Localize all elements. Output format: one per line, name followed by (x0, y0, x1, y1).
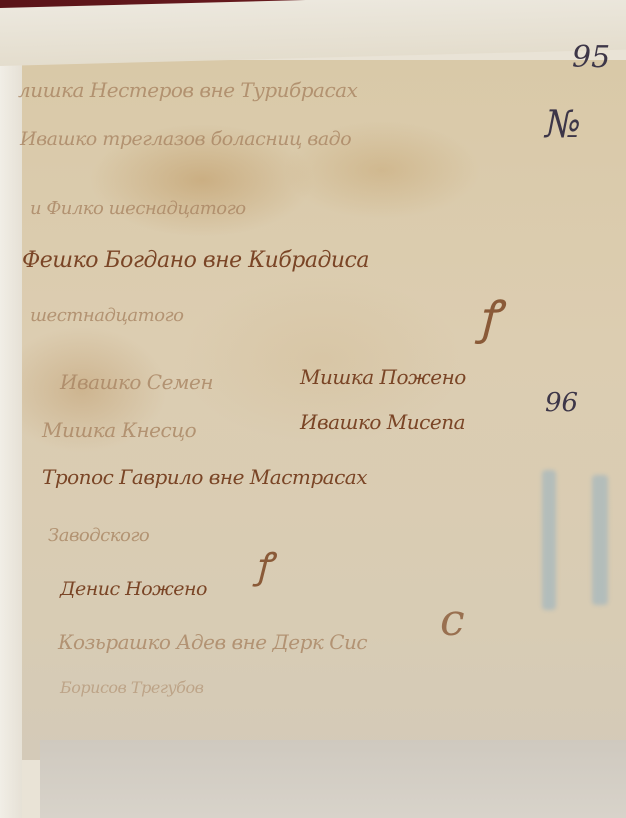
blue-stain-right (592, 475, 608, 605)
manuscript-line: Козьрашко Адев вне Дерк Сис (58, 630, 367, 654)
manuscript-line: Мишка Кнесцо (42, 418, 196, 442)
number-sign-mark: № (545, 102, 581, 146)
manuscript-line: Заводского (48, 525, 149, 546)
folio-number-mark: 95 (572, 40, 610, 75)
manuscript-line: и Филко шеснадцатого (30, 198, 246, 219)
manuscript-line: Денис Ножено (60, 578, 207, 600)
manuscript-line: Ивашко Мисепа (300, 410, 465, 434)
manuscript-line: Тропос Гаврило вне Мастрасах (42, 465, 367, 489)
tissue-paper-top-strip (0, 0, 626, 66)
manuscript-line: Мишка Пожено (300, 365, 466, 389)
blue-stain-left (542, 470, 556, 610)
manuscript-line: шестнадцатого (30, 305, 183, 326)
flourish-ornament: ꝭ (255, 540, 272, 589)
flourish-ornament: ⅽ (440, 595, 465, 646)
flourish-ornament: ꝭ (478, 285, 500, 347)
tissue-paper-left-margin (0, 8, 22, 818)
manuscript-line: лишка Нестеров вне Турибрасах (18, 78, 357, 102)
manuscript-line: Борисов Трегубов (60, 678, 203, 697)
manuscript-line: Ивашко треглазов боласниц вадо (20, 128, 351, 150)
manuscript-line: Фешко Богдано вне Кибрадиса (22, 248, 369, 273)
pencil-page-number: 96 (545, 388, 578, 418)
manuscript-line: Ивашко Семен (60, 370, 213, 394)
tissue-paper-bottom-strip (40, 740, 626, 818)
